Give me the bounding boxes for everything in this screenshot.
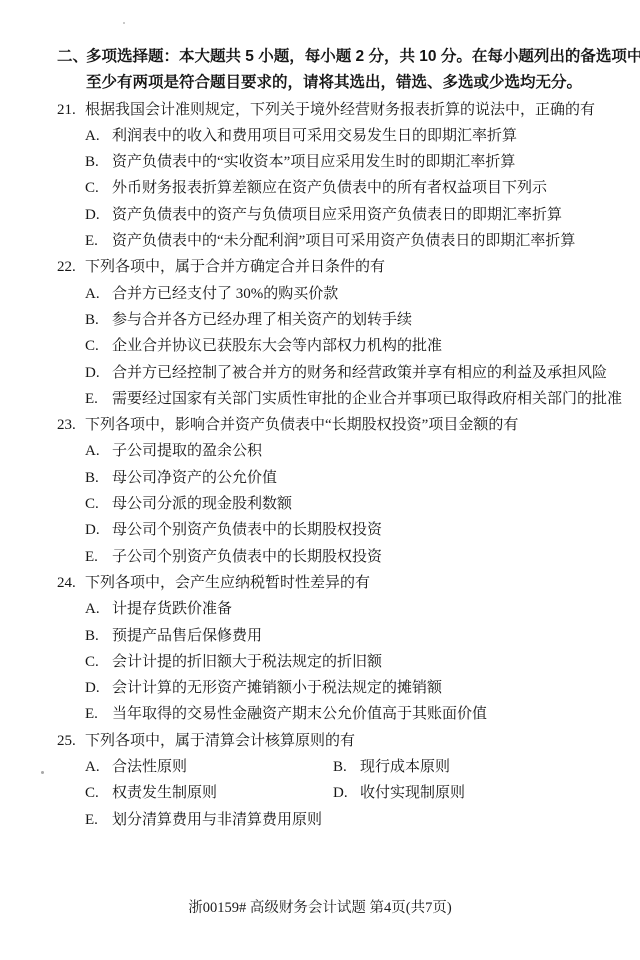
option-e: E. 划分清算费用与非清算费用原则: [0, 807, 640, 833]
option-label: A.: [85, 754, 112, 780]
question-number: 22.: [57, 254, 85, 280]
exam-content: 二、 多项选择题：本大题共 5 小题，每小题 2 分，共 10 分。在每小题列出…: [0, 44, 640, 833]
option-e: E. 需要经过国家有关部门实质性审批的企业合并事项已取得政府相关部门的批准: [0, 386, 640, 412]
option-c: C. 母公司分派的现金股利数额: [0, 491, 640, 517]
option-b: B. 参与合并各方已经办理了相关资产的划转手续: [0, 307, 640, 333]
option-label: C.: [85, 175, 112, 201]
option-text: 利润表中的收入和费用项目可采用交易发生日的即期汇率折算: [112, 123, 517, 149]
option-text: 权责发生制原则: [112, 780, 217, 806]
option-text: 合法性原则: [112, 754, 187, 780]
option-text: 子公司个别资产负债表中的长期股权投资: [112, 544, 382, 570]
option-text: 母公司净资产的公允价值: [112, 465, 277, 491]
option-label: D.: [85, 360, 112, 386]
option-label: B.: [85, 465, 112, 491]
option-label: B.: [85, 623, 112, 649]
option-c: C. 企业合并协议已获股东大会等内部权力机构的批准: [0, 333, 640, 359]
option-label: B.: [333, 754, 360, 780]
option-a: A. 子公司提取的盈余公积: [0, 438, 640, 464]
option-text: 当年取得的交易性金融资产期末公允价值高于其账面价值: [112, 701, 487, 727]
option-label: A.: [85, 596, 112, 622]
question-23: 23. 下列各项中，影响合并资产负债表中“长期股权投资”项目金额的有 A. 子公…: [0, 412, 640, 570]
option-d: D. 合并方已经控制了被合并方的财务和经营政策并享有相应的利益及承担风险: [0, 360, 640, 386]
option-e: E. 子公司个别资产负债表中的长期股权投资: [0, 544, 640, 570]
option-label: D.: [85, 517, 112, 543]
option-text: 子公司提取的盈余公积: [112, 438, 262, 464]
question-stem: 下列各项中，影响合并资产负债表中“长期股权投资”项目金额的有: [85, 412, 518, 438]
section-header-line1: 二、 多项选择题：本大题共 5 小题，每小题 2 分，共 10 分。在每小题列出…: [0, 44, 640, 70]
option-text: 合并方已经控制了被合并方的财务和经营政策并享有相应的利益及承担风险: [112, 360, 607, 386]
option-label: C.: [85, 333, 112, 359]
question-number: 21.: [57, 97, 85, 123]
option-text: 划分清算费用与非清算费用原则: [112, 807, 322, 833]
question-22: 22. 下列各项中，属于合并方确定合并日条件的有 A. 合并方已经支付了 30%…: [0, 254, 640, 412]
option-label: E.: [85, 386, 112, 412]
question-stem: 下列各项中，属于清算会计核算原则的有: [85, 728, 355, 754]
question-stem-line: 21. 根据我国会计准则规定，下列关于境外经营财务报表折算的说法中，正确的有: [0, 97, 640, 123]
option-label: B.: [85, 307, 112, 333]
question-21: 21. 根据我国会计准则规定，下列关于境外经营财务报表折算的说法中，正确的有 A…: [0, 97, 640, 255]
option-b: B. 预提产品售后保修费用: [0, 623, 640, 649]
option-label: B.: [85, 149, 112, 175]
option-e: E. 资产负债表中的“未分配利润”项目可采用资产负债表日的即期汇率折算: [0, 228, 640, 254]
option-a: A. 利润表中的收入和费用项目可采用交易发生日的即期汇率折算: [0, 123, 640, 149]
option-row-ab: A. 合法性原则 B. 现行成本原则: [0, 754, 640, 780]
question-stem-line: 22. 下列各项中，属于合并方确定合并日条件的有: [0, 254, 640, 280]
question-stem-line: 23. 下列各项中，影响合并资产负债表中“长期股权投资”项目金额的有: [0, 412, 640, 438]
option-d: D. 会计计算的无形资产摊销额小于税法规定的摊销额: [0, 675, 640, 701]
section-number: 二、: [57, 44, 86, 70]
option-label: E.: [85, 228, 112, 254]
option-text: 现行成本原则: [360, 754, 450, 780]
option-row-cd: C. 权责发生制原则 D. 收付实现制原则: [0, 780, 640, 806]
section-header-text: 多项选择题：本大题共 5 小题，每小题 2 分，共 10 分。在每小题列出的备选…: [86, 44, 640, 70]
option-b: B. 现行成本原则: [333, 754, 450, 780]
option-text: 预提产品售后保修费用: [112, 623, 262, 649]
option-text: 资产负债表中的“未分配利润”项目可采用资产负债表日的即期汇率折算: [112, 228, 575, 254]
option-text: 收付实现制原则: [360, 780, 465, 806]
question-stem: 根据我国会计准则规定，下列关于境外经营财务报表折算的说法中，正确的有: [85, 97, 595, 123]
option-d: D. 母公司个别资产负债表中的长期股权投资: [0, 517, 640, 543]
question-stem-line: 25. 下列各项中，属于清算会计核算原则的有: [0, 728, 640, 754]
question-stem-line: 24. 下列各项中，会产生应纳税暂时性差异的有: [0, 570, 640, 596]
option-c: C. 会计计提的折旧额大于税法规定的折旧额: [0, 649, 640, 675]
option-d: D. 资产负债表中的资产与负债项目应采用资产负债表日的即期汇率折算: [0, 202, 640, 228]
option-label: E.: [85, 544, 112, 570]
question-stem: 下列各项中，会产生应纳税暂时性差异的有: [85, 570, 370, 596]
option-label: C.: [85, 649, 112, 675]
question-number: 23.: [57, 412, 85, 438]
option-label: A.: [85, 281, 112, 307]
page-footer: 浙00159# 高级财务会计试题 第4页(共7页): [0, 898, 640, 918]
option-text: 需要经过国家有关部门实质性审批的企业合并事项已取得政府相关部门的批准: [112, 386, 622, 412]
option-text: 资产负债表中的“实收资本”项目应采用发生时的即期汇率折算: [112, 149, 515, 175]
question-number: 25.: [57, 728, 85, 754]
option-text: 会计计算的无形资产摊销额小于税法规定的摊销额: [112, 675, 442, 701]
option-text: 外币财务报表折算差额应在资产负债表中的所有者权益项目下列示: [112, 175, 547, 201]
option-label: E.: [85, 701, 112, 727]
question-25: 25. 下列各项中，属于清算会计核算原则的有 A. 合法性原则 B. 现行成本原…: [0, 728, 640, 833]
option-label: A.: [85, 438, 112, 464]
option-text: 参与合并各方已经办理了相关资产的划转手续: [112, 307, 412, 333]
option-text: 合并方已经支付了 30%的购买价款: [112, 281, 338, 307]
option-a: A. 合法性原则: [85, 754, 333, 780]
option-label: E.: [85, 807, 112, 833]
option-c: C. 外币财务报表折算差额应在资产负债表中的所有者权益项目下列示: [0, 175, 640, 201]
option-c: C. 权责发生制原则: [85, 780, 333, 806]
option-label: D.: [333, 780, 360, 806]
option-text: 母公司个别资产负债表中的长期股权投资: [112, 517, 382, 543]
exam-page: 二、 多项选择题：本大题共 5 小题，每小题 2 分，共 10 分。在每小题列出…: [0, 0, 640, 960]
option-text: 计提存货跌价准备: [112, 596, 232, 622]
option-text: 企业合并协议已获股东大会等内部权力机构的批准: [112, 333, 442, 359]
option-a: A. 合并方已经支付了 30%的购买价款: [0, 281, 640, 307]
question-stem: 下列各项中，属于合并方确定合并日条件的有: [85, 254, 385, 280]
option-b: B. 资产负债表中的“实收资本”项目应采用发生时的即期汇率折算: [0, 149, 640, 175]
section-header-text: 至少有两项是符合题目要求的，请将其选出，错选、多选或少选均无分。: [86, 70, 582, 96]
option-label: C.: [85, 780, 112, 806]
option-label: A.: [85, 123, 112, 149]
option-text: 资产负债表中的资产与负债项目应采用资产负债表日的即期汇率折算: [112, 202, 562, 228]
question-24: 24. 下列各项中，会产生应纳税暂时性差异的有 A. 计提存货跌价准备 B. 预…: [0, 570, 640, 728]
option-e: E. 当年取得的交易性金融资产期末公允价值高于其账面价值: [0, 701, 640, 727]
option-label: D.: [85, 675, 112, 701]
option-label: C.: [85, 491, 112, 517]
question-number: 24.: [57, 570, 85, 596]
section-header-line2: 至少有两项是符合题目要求的，请将其选出，错选、多选或少选均无分。: [0, 70, 640, 96]
option-label: D.: [85, 202, 112, 228]
option-text: 会计计提的折旧额大于税法规定的折旧额: [112, 649, 382, 675]
option-a: A. 计提存货跌价准备: [0, 596, 640, 622]
option-d: D. 收付实现制原则: [333, 780, 465, 806]
option-b: B. 母公司净资产的公允价值: [0, 465, 640, 491]
scan-speck: [123, 22, 125, 24]
option-text: 母公司分派的现金股利数额: [112, 491, 292, 517]
